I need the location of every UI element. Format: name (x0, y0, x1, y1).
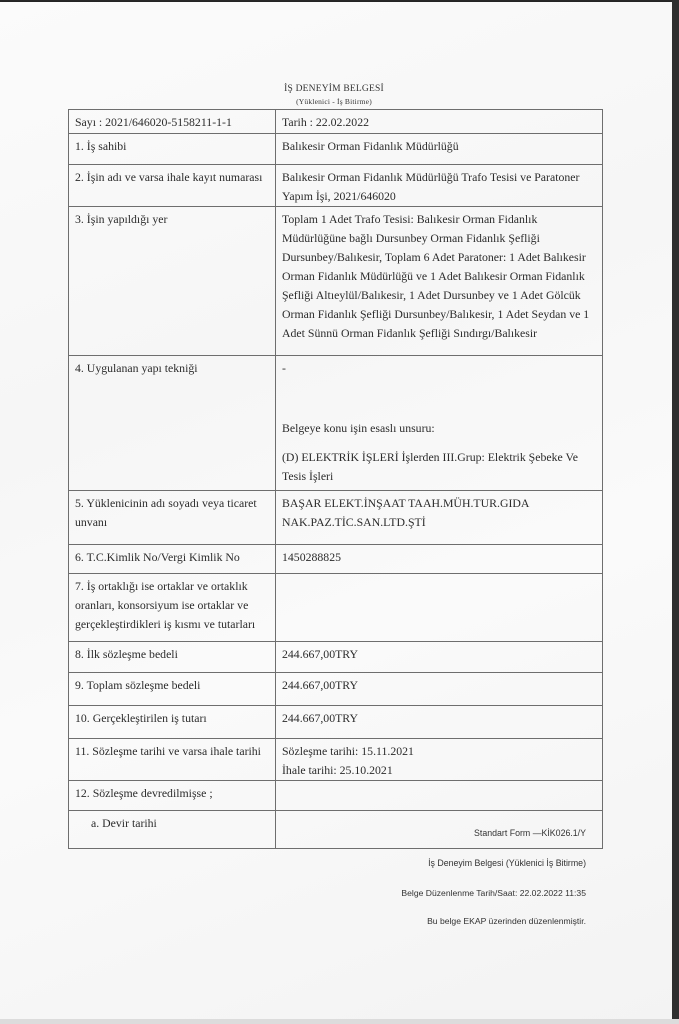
essential-element-value: (D) ELEKTRİK İŞLERİ İşlerden III.Grup: E… (282, 450, 578, 483)
table-row: 3. İşin yapıldığı yer Toplam 1 Adet Traf… (69, 207, 603, 356)
source-note: Bu belge EKAP üzerinden düzenlenmiştir. (427, 916, 586, 926)
tender-date: İhale tarihi: 25.10.2021 (282, 761, 598, 780)
table-row: 5. Yüklenicinin adı soyadı veya ticaret … (69, 491, 603, 545)
field-label: 4. Uygulanan yapı tekniği (69, 356, 276, 491)
field-label: 3. İşin yapıldığı yer (69, 207, 276, 356)
field-label: 11. Sözleşme tarihi ve varsa ihale tarih… (69, 739, 276, 781)
field-label: 7. İş ortaklığı ise ortaklar ve ortaklık… (69, 574, 276, 642)
document-subtitle: (Yüklenici - İş Bitirme) (14, 97, 654, 106)
document-date: Tarih : 22.02.2022 (276, 110, 603, 134)
form-name: İş Deneyim Belgesi (Yüklenici İş Bitirme… (428, 858, 586, 868)
field-value: Balıkesir Orman Fidanlık Müdürlüğü (276, 134, 603, 165)
field-label: 10. Gerçekleştirilen iş tutarı (69, 706, 276, 739)
field-value: 244.667,00TRY (276, 642, 603, 673)
essential-element-label: Belgeye konu işin esaslı unsuru: (282, 419, 598, 438)
experience-certificate-table: Sayı : 2021/646020-5158211-1-1 Tarih : 2… (68, 109, 603, 849)
document-number: Sayı : 2021/646020-5158211-1-1 (69, 110, 276, 134)
field-value-group: - Belgeye konu işin esaslı unsuru: (D) E… (276, 356, 603, 491)
document-title: İŞ DENEYİM BELGESİ (14, 84, 654, 94)
field-value: 1450288825 (276, 545, 603, 574)
background-edge (672, 0, 679, 1024)
table-row: 10. Gerçekleştirilen iş tutarı 244.667,0… (69, 706, 603, 739)
table-row: 8. İlk sözleşme bedeli 244.667,00TRY (69, 642, 603, 673)
table-row: Sayı : 2021/646020-5158211-1-1 Tarih : 2… (69, 110, 603, 134)
page-shadow (0, 1019, 679, 1024)
table-row: 1. İş sahibi Balıkesir Orman Fidanlık Mü… (69, 134, 603, 165)
field-label: 6. T.C.Kimlik No/Vergi Kimlik No (69, 545, 276, 574)
field-label: a. Devir tarihi (69, 811, 276, 849)
field-value: 244.667,00TRY (276, 673, 603, 706)
field-value: Toplam 1 Adet Trafo Tesisi: Balıkesir Or… (276, 207, 603, 356)
table-row: 4. Uygulanan yapı tekniği - Belgeye konu… (69, 356, 603, 491)
field-value: BAŞAR ELEKT.İNŞAAT TAAH.MÜH.TUR.GIDA NAK… (276, 491, 603, 545)
field-value: Balıkesir Orman Fidanlık Müdürlüğü Trafo… (276, 165, 603, 207)
table-row: 11. Sözleşme tarihi ve varsa ihale tarih… (69, 739, 603, 781)
field-value-group: Sözleşme tarihi: 15.11.2021 İhale tarihi… (276, 739, 603, 781)
field-value: - (282, 361, 286, 375)
field-label: 2. İşin adı ve varsa ihale kayıt numaras… (69, 165, 276, 207)
form-code: Standart Form —KİK026.1/Y (474, 828, 586, 838)
document-page: İŞ DENEYİM BELGESİ (Yüklenici - İş Bitir… (0, 2, 672, 1020)
field-label: 8. İlk sözleşme bedeli (69, 642, 276, 673)
contract-date: Sözleşme tarihi: 15.11.2021 (282, 742, 598, 761)
field-label: 1. İş sahibi (69, 134, 276, 165)
field-label: 12. Sözleşme devredilmişse ; (69, 781, 276, 811)
field-value (276, 574, 603, 642)
table-row: 7. İş ortaklığı ise ortaklar ve ortaklık… (69, 574, 603, 642)
table-row: 2. İşin adı ve varsa ihale kayıt numaras… (69, 165, 603, 207)
table-row: 6. T.C.Kimlik No/Vergi Kimlik No 1450288… (69, 545, 603, 574)
field-value: 244.667,00TRY (276, 706, 603, 739)
issue-timestamp: Belge Düzenlenme Tarih/Saat: 22.02.2022 … (401, 888, 586, 898)
table-row: 12. Sözleşme devredilmişse ; (69, 781, 603, 811)
field-value (276, 781, 603, 811)
field-label: 9. Toplam sözleşme bedeli (69, 673, 276, 706)
field-label: 5. Yüklenicinin adı soyadı veya ticaret … (69, 491, 276, 545)
table-row: 9. Toplam sözleşme bedeli 244.667,00TRY (69, 673, 603, 706)
